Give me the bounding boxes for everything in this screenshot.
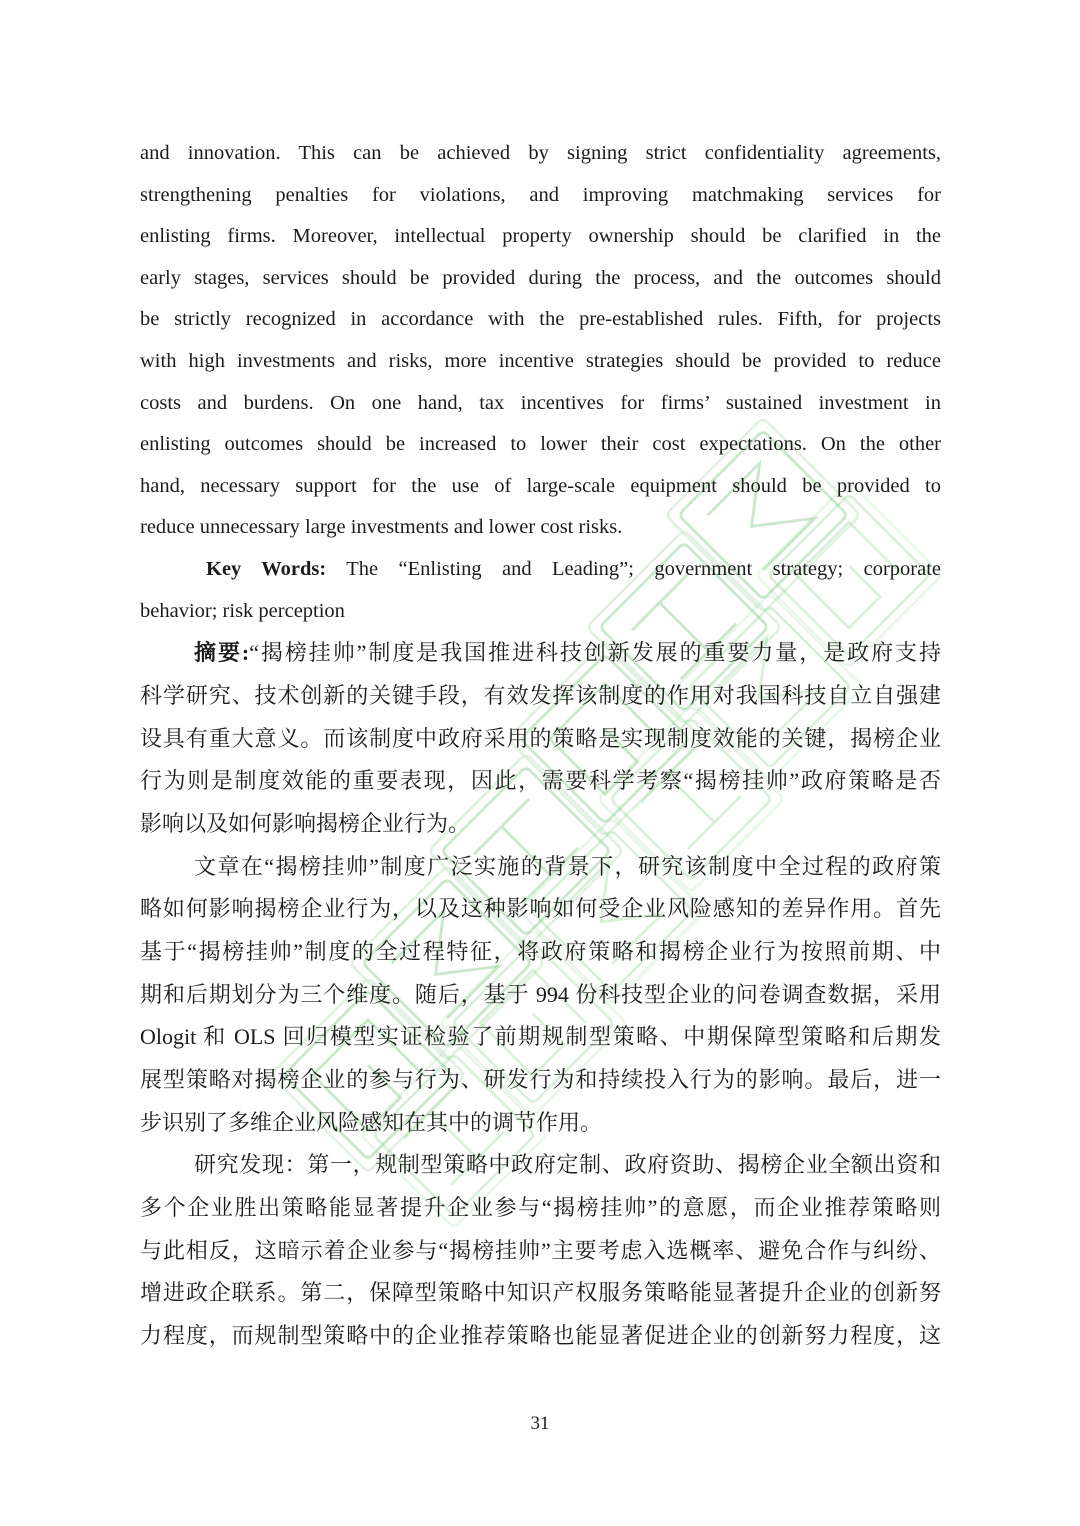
abstract-label: 摘要: — [194, 640, 249, 665]
english-paragraph-line: hand, necessary support for the use of l… — [140, 466, 941, 508]
english-paragraph-line: early stages, services should be provide… — [140, 258, 941, 300]
keywords-line: behavior; risk perception — [140, 591, 941, 633]
english-paragraph-line: enlisting outcomes should be increased t… — [140, 424, 941, 466]
abstract-text: “揭榜挂帅”制度是我国推进科技创新发展的重要力量，是政府支持 — [249, 640, 941, 665]
keywords-line: Key Words: The “Enlisting and Leading”; … — [140, 549, 941, 591]
findings-paragraph-line: 多个企业胜出策略能显著提升企业参与“揭榜挂帅”的意愿，而企业推荐策略则 — [140, 1187, 941, 1230]
abstract-paragraph-line: 基于“揭榜挂帅”制度的全过程特征，将政府策略和揭榜企业行为按照前期、中 — [140, 931, 941, 974]
findings-paragraph-line: 增进政企联系。第二，保障型策略中知识产权服务策略能显著提升企业的创新努 — [140, 1272, 941, 1315]
english-paragraph-line: with high investments and risks, more in… — [140, 341, 941, 383]
english-paragraph-line: reduce unnecessary large investments and… — [140, 507, 941, 549]
keywords-label: Key Words: — [206, 558, 326, 580]
page-body: and innovation. This can be achieved by … — [140, 133, 941, 1358]
abstract-line: 影响以及如何影响揭榜企业行为。 — [140, 803, 941, 846]
abstract-paragraph-line: 文章在“揭榜挂帅”制度广泛实施的背景下，研究该制度中全过程的政府策 — [140, 846, 941, 889]
findings-paragraph-line: 力程度，而规制型策略中的企业推荐策略也能显著促进企业的创新努力程度，这 — [140, 1315, 941, 1358]
abstract-paragraph-line: 展型策略对揭榜企业的参与行为、研发行为和持续投入行为的影响。最后，进一 — [140, 1059, 941, 1102]
abstract-paragraph-line: 期和后期划分为三个维度。随后，基于 994 份科技型企业的问卷调查数据，采用 — [140, 974, 941, 1017]
findings-paragraph-line: 与此相反，这暗示着企业参与“揭榜挂帅”主要考虑入选概率、避免合作与纠纷、 — [140, 1230, 941, 1273]
keywords-text: The “Enlisting and Leading”; government … — [346, 558, 941, 580]
findings-paragraph-line: 研究发现：第一，规制型策略中政府定制、政府资助、揭榜企业全额出资和 — [140, 1144, 941, 1187]
abstract-line: 摘要:“揭榜挂帅”制度是我国推进科技创新发展的重要力量，是政府支持 — [140, 632, 941, 675]
abstract-paragraph-line: 步识别了多维企业风险感知在其中的调节作用。 — [140, 1102, 941, 1145]
abstract-paragraph-line: Ologit 和 OLS 回归模型实证检验了前期规制型策略、中期保障型策略和后期… — [140, 1016, 941, 1059]
english-paragraph-line: strengthening penalties for violations, … — [140, 175, 941, 217]
abstract-line: 科学研究、技术创新的关键手段，有效发挥该制度的作用对我国科技自立自强建 — [140, 675, 941, 718]
abstract-line: 设具有重大意义。而该制度中政府采用的策略是实现制度效能的关键，揭榜企业 — [140, 718, 941, 761]
english-paragraph-line: enlisting firms. Moreover, intellectual … — [140, 216, 941, 258]
page-number: 31 — [0, 1412, 1080, 1436]
english-paragraph-line: costs and burdens. On one hand, tax ince… — [140, 383, 941, 425]
abstract-line: 行为则是制度效能的重要表现，因此，需要科学考察“揭榜挂帅”政府策略是否 — [140, 760, 941, 803]
abstract-paragraph-line: 略如何影响揭榜企业行为，以及这种影响如何受企业风险感知的差异作用。首先 — [140, 888, 941, 931]
english-paragraph-line: be strictly recognized in accordance wit… — [140, 299, 941, 341]
english-paragraph-line: and innovation. This can be achieved by … — [140, 133, 941, 175]
